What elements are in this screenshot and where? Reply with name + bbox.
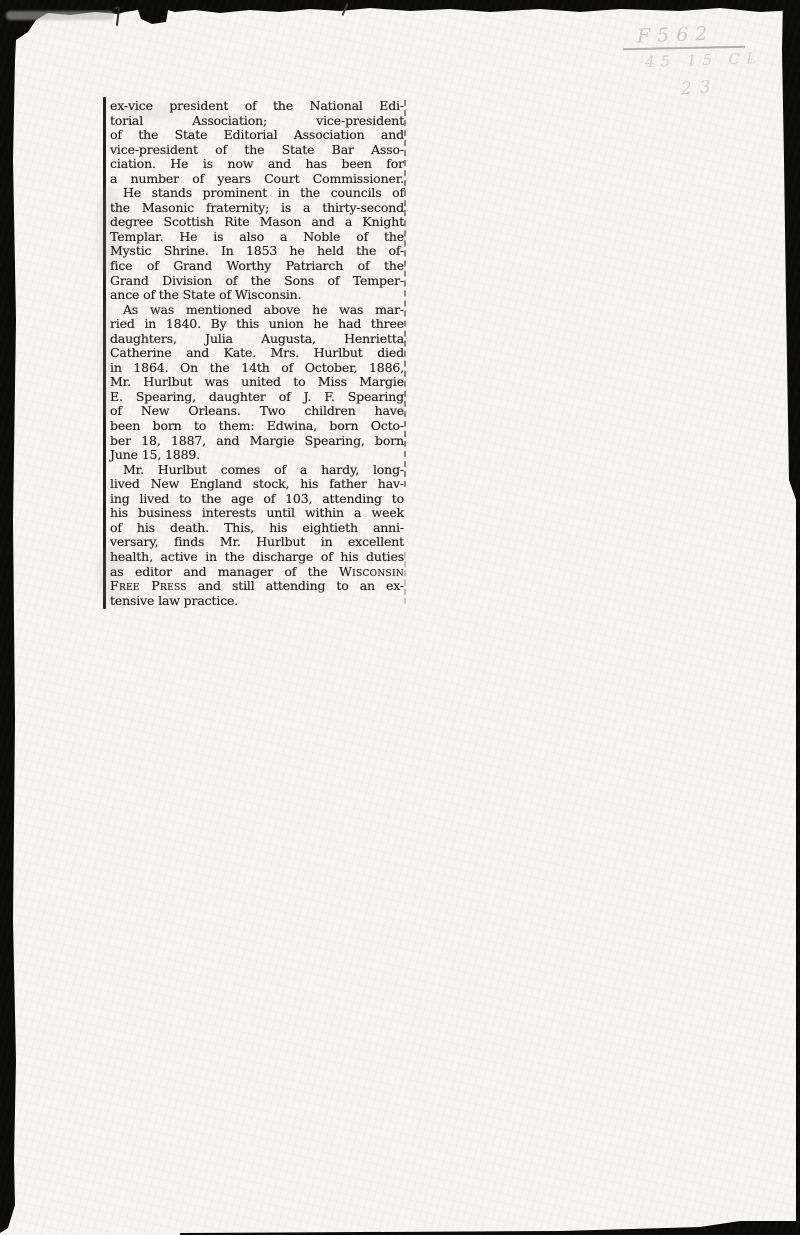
article-line: Mr. Hurlbut was united to Miss Margie <box>110 375 404 390</box>
article-line: Mystic Shrine. In 1853 he held the of- <box>110 244 404 259</box>
article-line: Catherine and Kate. Mrs. Hurlbut died <box>110 346 404 361</box>
article-line: degree Scottish Rite Mason and a Knight <box>110 215 404 230</box>
article-line: of the State Editorial Association and <box>110 128 404 143</box>
article-line: been born to them: Edwina, born Octo- <box>110 419 404 434</box>
column-rule-right-lower <box>404 552 406 604</box>
pencil-annotation-line: F562 <box>637 23 715 48</box>
scanned-page: F562 45 15 CL 23 ex-vice president of th… <box>0 0 800 1235</box>
small-caps-text: Free Press <box>110 578 187 593</box>
article-line: Free Press and still attending to an ex- <box>110 579 404 594</box>
article-line: As was mentioned above he was mar- <box>110 303 404 318</box>
pencil-annotation-line: 45 15 CL <box>645 49 763 71</box>
article-line: in 1864. On the 14th of October, 1886, <box>110 361 404 376</box>
article-line: June 15, 1889. <box>110 448 404 463</box>
scan-smudge <box>6 11 114 20</box>
article-line: torial Association; vice-president <box>110 114 404 129</box>
article-line: a number of years Court Commissioner. <box>110 172 404 187</box>
article-line: lived New England stock, his father hav- <box>110 477 404 492</box>
article-line: versary, finds Mr. Hurlbut in excellent <box>110 535 404 550</box>
article-text-segment: and still attending to an ex- <box>187 578 404 593</box>
article-line: fice of Grand Worthy Patriarch of the <box>110 259 404 274</box>
article-line: Templar. He is also a Noble of the <box>110 230 404 245</box>
article-line: Grand Division of the Sons of Temper- <box>110 274 404 289</box>
small-caps-text: Wisconsin <box>339 564 404 579</box>
scan-edge-right <box>780 0 800 1235</box>
pencil-annotation-line: 23 <box>680 77 719 100</box>
article-line: ciation. He is now and has been for <box>110 157 404 172</box>
article-line: He stands prominent in the councils of <box>110 186 404 201</box>
article-line: Mr. Hurlbut comes of a hardy, long- <box>110 463 404 478</box>
article-line: health, active in the discharge of his d… <box>110 550 404 565</box>
article-text-segment: as editor and manager of the <box>110 564 339 579</box>
article-line: ried in 1840. By this union he had three <box>110 317 404 332</box>
article-line: ance of the State of Wisconsin. <box>110 288 404 303</box>
column-rule-left <box>103 97 106 609</box>
article-line: tensive law practice. <box>110 594 404 609</box>
article-line: daughters, Julia Augusta, Henrietta <box>110 332 404 347</box>
article-line: ex-vice president of the National Edi- <box>110 99 404 114</box>
article-line: E. Spearing, daughter of J. F. Spearing <box>110 390 404 405</box>
article-line: of New Orleans. Two children have <box>110 404 404 419</box>
article-line: his business interests until within a we… <box>110 506 404 521</box>
article-column: ex-vice president of the National Edi-to… <box>110 99 404 608</box>
column-rule-right <box>404 100 406 487</box>
article-line: ing lived to the age of 103, attending t… <box>110 492 404 507</box>
scan-edge-bottom <box>180 1221 800 1235</box>
article-line: ber 18, 1887, and Margie Spearing, born <box>110 434 404 449</box>
article-line: the Masonic fraternity; is a thirty-seco… <box>110 201 404 216</box>
article-line: as editor and manager of the Wisconsin <box>110 565 404 580</box>
article-line: vice-president of the State Bar Asso- <box>110 143 404 158</box>
scan-edge-left <box>0 0 20 1235</box>
article-line: of his death. This, his eightieth anni- <box>110 521 404 536</box>
